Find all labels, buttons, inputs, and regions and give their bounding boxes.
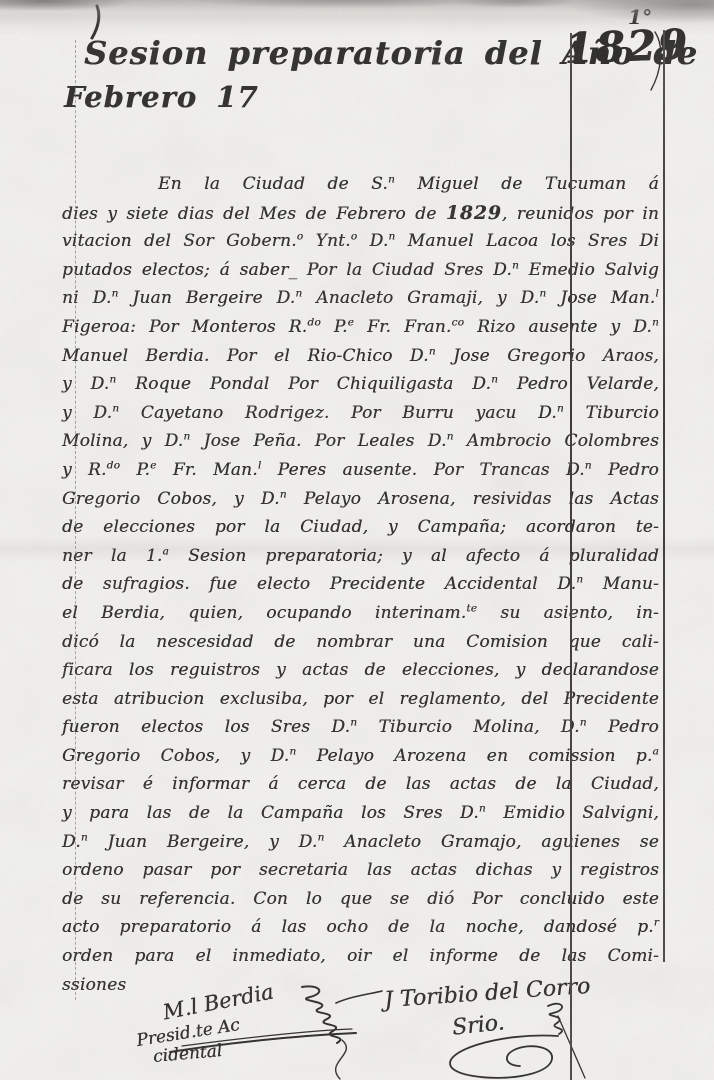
title-year: 1829 <box>563 20 690 73</box>
signature-right-title: Srio. <box>451 1010 506 1040</box>
manuscript-page: 1° Sesion preparatoria del Año de 1829 F… <box>0 0 714 1080</box>
right-margin-rule-inner <box>570 33 572 1080</box>
title-date: Febrero 17 <box>64 80 259 114</box>
right-margin-rule-outer <box>663 30 665 962</box>
left-margin-rule <box>75 40 76 1000</box>
title-line: Sesion preparatoria del Año de <box>84 34 562 72</box>
